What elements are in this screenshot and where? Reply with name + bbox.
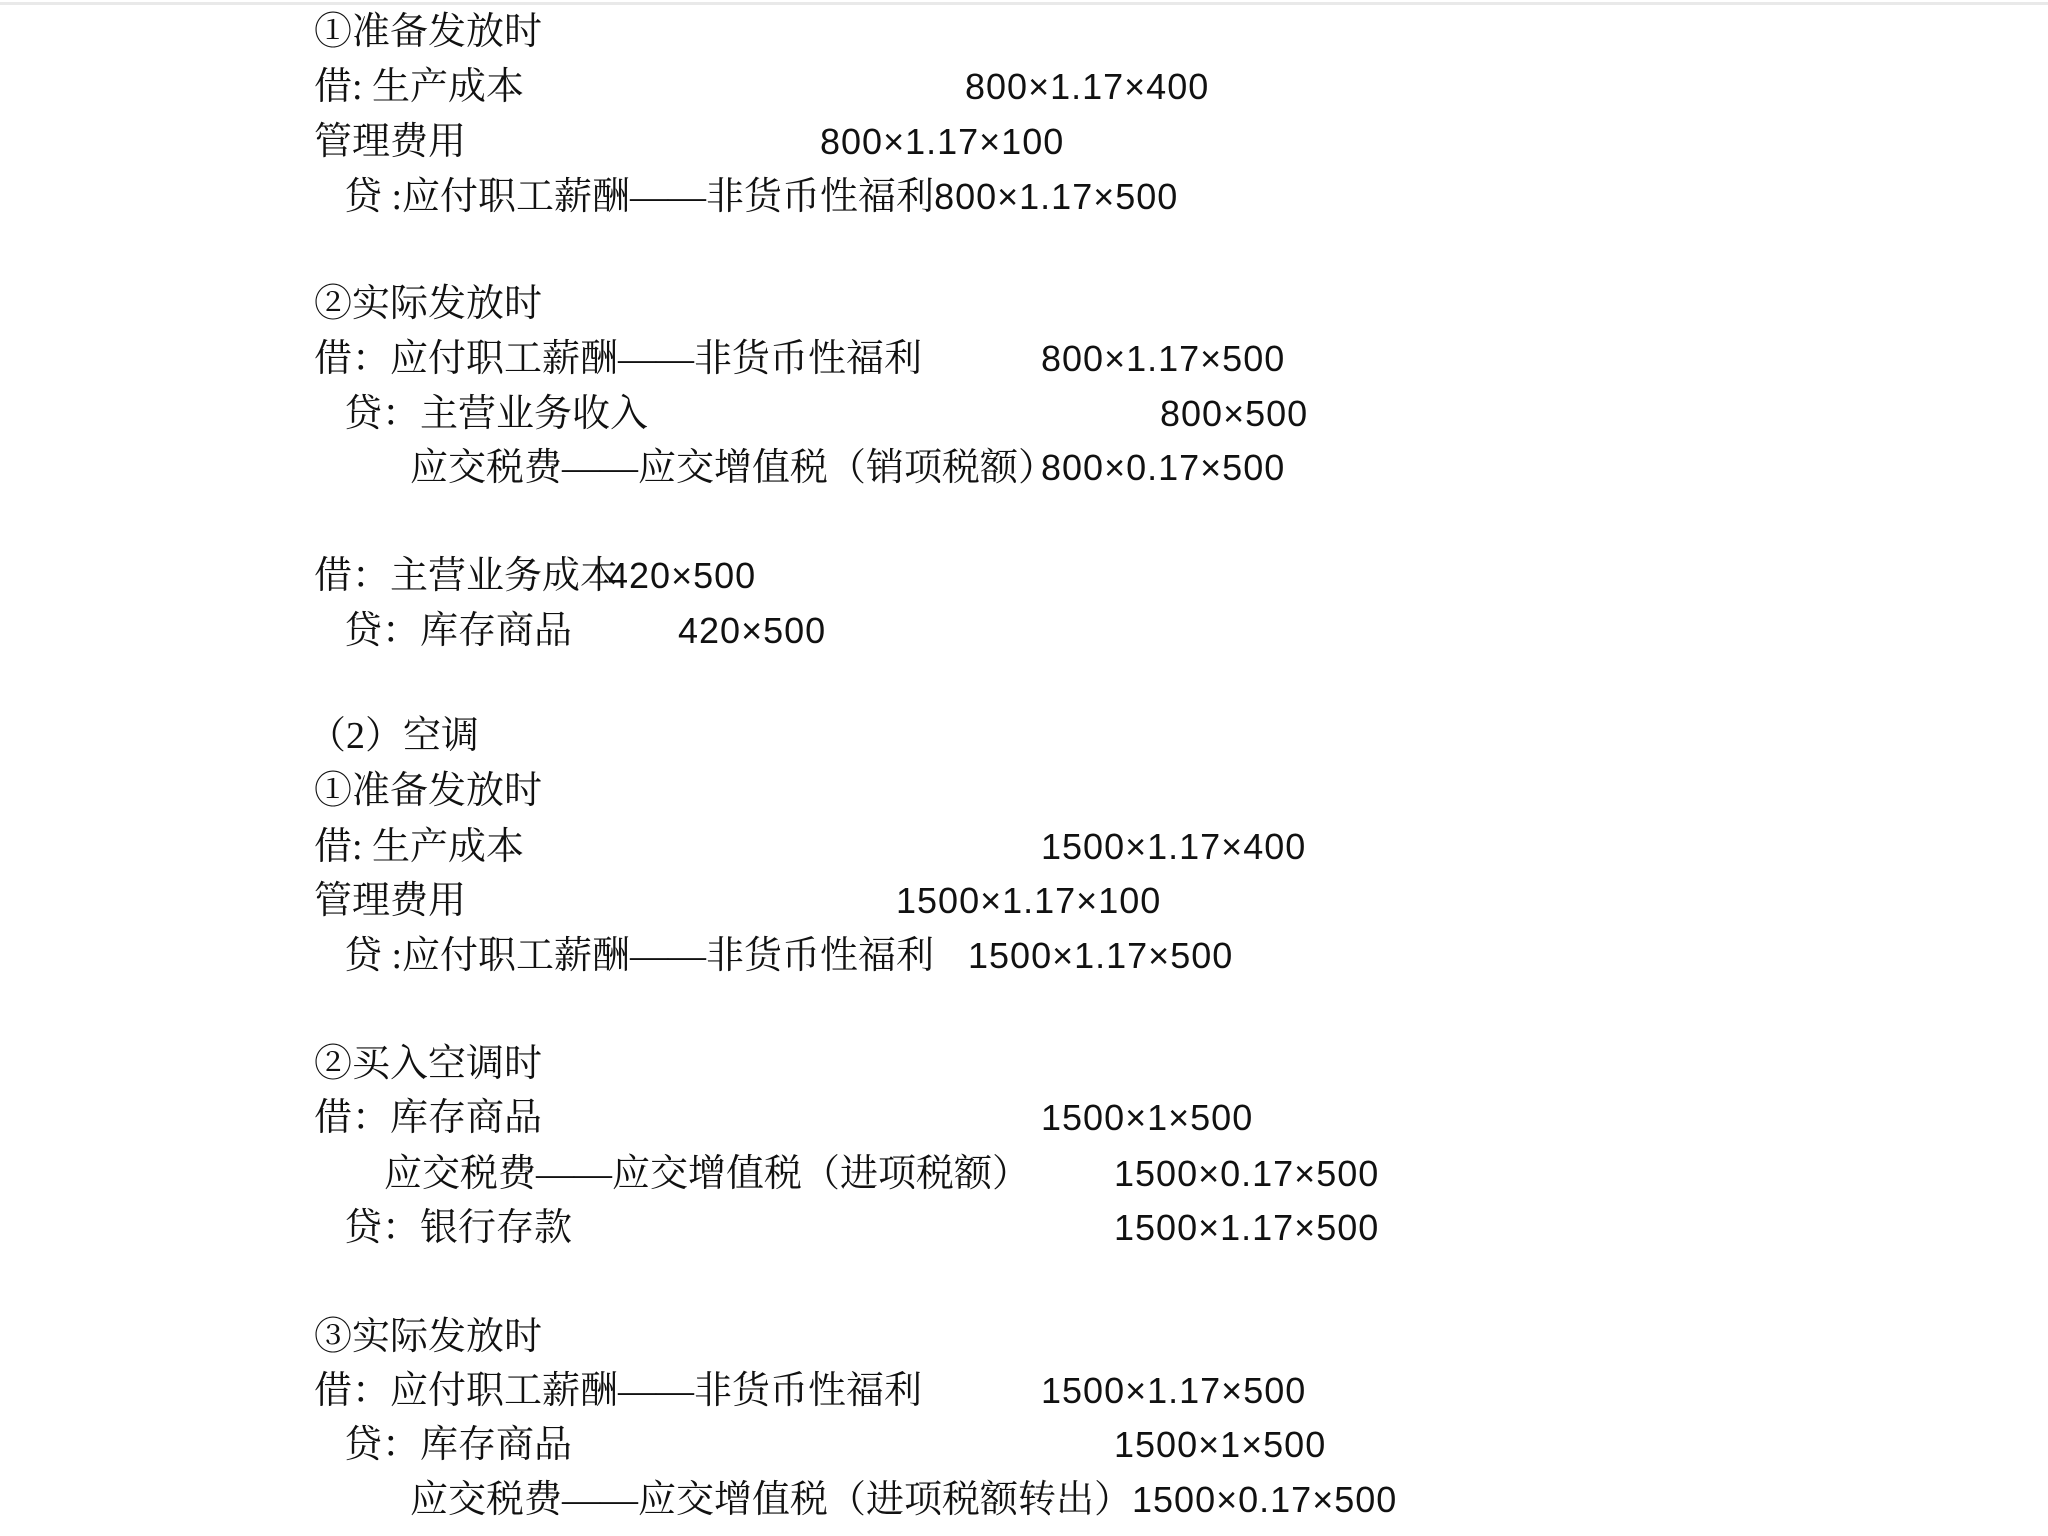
journal-tax-line: 应交税费——应交增值税（进项税额转出）1500×0.17×500: [0, 1473, 2048, 1527]
journal-credit-line: 贷：库存商品1500×1×500: [0, 1418, 2048, 1472]
amount-formula: 1500×1×500: [1041, 1091, 1253, 1145]
journal-debit-line: 借：库存商品1500×1×500: [0, 1091, 2048, 1145]
journal-debit-line: 借：主营业务成本420×500: [0, 549, 2048, 603]
journal-debit-line: 借：应付职工薪酬——非货币性福利1500×1.17×500: [0, 1364, 2048, 1418]
amount-formula: 420×500: [608, 549, 756, 603]
account-text: 贷：银行存款: [344, 1207, 572, 1249]
step-heading-text: ①准备发放时: [314, 770, 542, 812]
amount-formula: 800×0.17×500: [1041, 441, 1285, 495]
step-heading: ①准备发放时: [0, 5, 2048, 59]
section-heading-text: （2）空调: [308, 715, 479, 757]
journal-credit-line: 贷 :应付职工薪酬——非货币性福利800×1.17×500: [0, 170, 2048, 224]
account-text: 借: 生产成本: [314, 826, 524, 868]
journal-credit-line: 贷 :应付职工薪酬——非货币性福利1500×1.17×500: [0, 929, 2048, 983]
journal-tax-line: 应交税费——应交增值税（销项税额）800×0.17×500: [0, 441, 2048, 495]
amount-formula: 1500×0.17×500: [1114, 1147, 1379, 1201]
step-heading-text: ③实际发放时: [314, 1316, 542, 1358]
step-heading: ②实际发放时: [0, 277, 2048, 331]
amount-formula: 1500×1.17×500: [1114, 1201, 1379, 1255]
account-text: 借：应付职工薪酬——非货币性福利: [314, 338, 922, 380]
account-text: 管理费用: [314, 121, 466, 163]
journal-debit-line: 借: 生产成本800×1.17×400: [0, 60, 2048, 114]
account-text: 应交税费——应交增值税（进项税额转出）: [410, 1479, 1132, 1521]
step-heading-text: ①准备发放时: [314, 11, 542, 53]
amount-formula: 800×1.17×400: [965, 60, 1209, 114]
step-heading: ①准备发放时: [0, 764, 2048, 818]
amount-formula: 800×1.17×500: [934, 176, 1178, 217]
journal-debit-line: 管理费用1500×1.17×100: [0, 874, 2048, 928]
amount-formula: 1500×1.17×400: [1041, 820, 1306, 874]
journal-debit-line: 借: 生产成本1500×1.17×400: [0, 820, 2048, 874]
amount-formula: 1500×0.17×500: [1132, 1479, 1397, 1520]
journal-credit-line: 贷：主营业务收入800×500: [0, 387, 2048, 441]
account-text: 借：应付职工薪酬——非货币性福利: [314, 1370, 922, 1412]
amount-formula: 1500×1.17×500: [1041, 1364, 1306, 1418]
step-heading-text: ②买入空调时: [314, 1043, 542, 1085]
journal-debit-line: 管理费用800×1.17×100: [0, 115, 2048, 169]
account-text: 贷：库存商品: [344, 610, 572, 652]
amount-formula: 1500×1.17×100: [896, 874, 1161, 928]
account-text: 应交税费——应交增值税（销项税额）: [410, 447, 1056, 489]
account-text: 借: 生产成本: [314, 66, 524, 108]
journal-debit-line: 借：应付职工薪酬——非货币性福利800×1.17×500: [0, 332, 2048, 386]
amount-formula: 800×1.17×500: [1041, 332, 1285, 386]
section-heading: （2）空调: [0, 709, 2048, 763]
document-page: ①准备发放时 借: 生产成本800×1.17×400 管理费用800×1.17×…: [0, 0, 2048, 1536]
account-text: 贷：库存商品: [344, 1424, 572, 1466]
account-text: 管理费用: [314, 880, 466, 922]
amount-formula: 420×500: [678, 604, 826, 658]
amount-formula: 1500×1×500: [1114, 1418, 1326, 1472]
amount-formula: 1500×1.17×500: [968, 929, 1233, 983]
account-text: 应交税费——应交增值税（进项税额）: [384, 1153, 1030, 1195]
journal-credit-line: 贷：库存商品420×500: [0, 604, 2048, 658]
step-heading: ②买入空调时: [0, 1037, 2048, 1091]
step-heading-text: ②实际发放时: [314, 283, 542, 325]
account-text: 贷 :应付职工薪酬——非货币性福利: [344, 935, 934, 977]
amount-formula: 800×500: [1160, 387, 1308, 441]
account-text: 借：主营业务成本: [314, 555, 618, 597]
account-text: 贷：主营业务收入: [344, 393, 648, 435]
journal-credit-line: 贷：银行存款1500×1.17×500: [0, 1201, 2048, 1255]
account-text: 贷 :应付职工薪酬——非货币性福利: [344, 176, 934, 218]
amount-formula: 800×1.17×100: [820, 115, 1064, 169]
journal-tax-line: 应交税费——应交增值税（进项税额）1500×0.17×500: [0, 1147, 2048, 1201]
step-heading: ③实际发放时: [0, 1310, 2048, 1364]
account-text: 借：库存商品: [314, 1097, 542, 1139]
